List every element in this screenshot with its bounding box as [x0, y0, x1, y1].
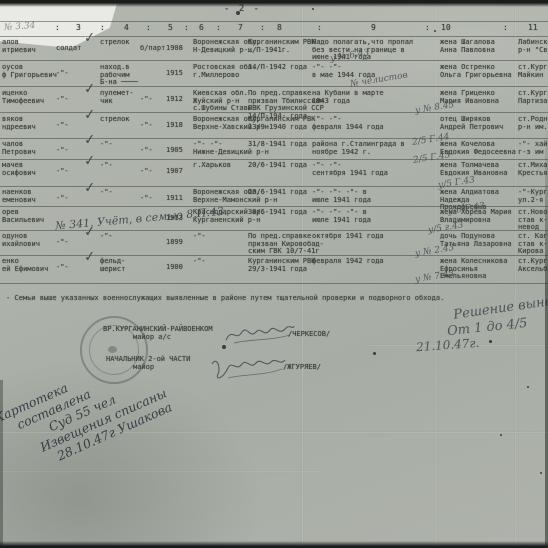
table-cell-birthyear: 1905 [166, 147, 192, 155]
table-cell-name: наенков еменович [2, 189, 58, 204]
table-cell-party: -"- [140, 96, 168, 104]
column-number: 9 [371, 24, 376, 32]
table-cell-birthyear: 1899 [166, 239, 192, 247]
table-rule [0, 283, 548, 284]
table-cell-birthyear: 1915 [166, 70, 192, 78]
handwritten-checkmark: ✓ [84, 184, 96, 193]
typed-name-zhguryaev: /ЖГУРЯЕВ/ [283, 364, 321, 372]
table-cell-fate: -"- -"- февраля 1944 года [312, 116, 440, 131]
table-row: наенков еменович-"-✓-"--"-1911Воронежска… [0, 189, 548, 190]
table-cell-rank: -"- [56, 122, 86, 130]
table-cell-specialty: стрелок [100, 116, 144, 124]
table-cell-name: иценко Тимофеевич [2, 90, 58, 105]
column-number: 7 [238, 24, 243, 32]
table-cell-relative: жена Кочелова Евдокия Федосеевна [440, 141, 520, 156]
table-cell-rank: -"- [56, 147, 86, 155]
handwritten-line: 21.10.47г. [416, 336, 480, 354]
scan-edge-left [0, 380, 3, 548]
table-cell-party: -"- [140, 168, 168, 176]
table-row: алов итриевичсолдат✓стрелокб/парт1908Вор… [0, 39, 548, 40]
table-row: мачев осифович-"-✓-"--"-1907г.Харьков20/… [0, 162, 548, 163]
table-cell-relative: жена Шагалова Анна Павловна [440, 39, 520, 54]
table-cell-birthyear: 1908 [166, 45, 192, 53]
handwritten-checkmark: ✓ [84, 111, 96, 120]
column-number: 4 [124, 24, 129, 32]
table-cell-fate: -"- -"- -"- в июле 1941 года [312, 189, 440, 204]
handwritten-annotation: № 341. Учёт, в семью 8.П.43. [55, 205, 228, 233]
column-number: 5 [168, 24, 173, 32]
table-cell-specialty: -"- [100, 189, 144, 197]
table-cell-relative-address: -"- хай г-з им Ч [518, 141, 548, 156]
dust-speck [373, 352, 376, 355]
dust-speck [540, 472, 542, 474]
scan-edge-top [0, 0, 548, 7]
table-cell-specialty: пулемет- чик [100, 90, 144, 105]
table-cell-name: вяков ндреевич [2, 116, 58, 131]
table-cell-name: мачев осифович [2, 162, 58, 177]
handwritten-checkmark: ✓ [84, 34, 96, 43]
table-cell-party: -"- [140, 147, 168, 155]
table-row: орев Васильевич1913Краснодарский кр. Кур… [0, 209, 548, 210]
table-cell-relative-address: ст.Родни р-н им. Ж [518, 116, 548, 131]
table-cell-relative-address: ст. Кага став к-з Кирова [518, 233, 548, 256]
column-number: 10 [441, 24, 451, 32]
page-number: - 2 - [224, 6, 261, 14]
column-separator: : [55, 24, 60, 32]
table-cell-specialty: фельд- шерист [100, 258, 144, 273]
scanned-document: - 2 - № 3.34 34567891011::::::::: алов и… [0, 0, 548, 548]
table-row: оусов ф Григорьевич-"-наход.в рабочим Б-… [0, 64, 548, 65]
table-rule [0, 159, 548, 160]
table-cell-name: оусов ф Григорьевич [2, 64, 58, 79]
table-cell-relative-address: ст.Кург Аксельбан [518, 258, 548, 273]
table-row: одунов ихайлович-"-✓-"-1899-"-По пред.сп… [0, 233, 548, 234]
table-rule [0, 36, 548, 37]
column-number: 11 [528, 24, 538, 32]
dust-speck [500, 434, 502, 436]
table-cell-rank: -"- [56, 96, 86, 104]
table-cell-fate: -"- -"- сентября 1941 года [312, 162, 440, 177]
table-cell-relative: отец Ширяков Андрей Петрович [440, 116, 520, 131]
dust-speck [527, 386, 529, 388]
table-cell-relative: жена Остренко Ольга Григорьевна [440, 64, 520, 79]
column-separator: : [260, 24, 265, 32]
dust-speck [434, 30, 436, 32]
table-cell-rank: -"- [56, 264, 86, 272]
signature-cherkesov [224, 322, 296, 346]
table-cell-specialty: стрелок [100, 39, 144, 47]
table-cell-fate: октября 1941 года [312, 233, 440, 241]
table-cell-fate: февраля 1942 года [312, 258, 440, 266]
column-separator: : [216, 24, 221, 32]
table-cell-rank: -"- [56, 168, 86, 176]
table-cell-relative-address: Лабинский р-н "Своб [518, 39, 548, 54]
dust-speck [312, 8, 314, 10]
signature-stroke [224, 322, 296, 346]
table-cell-rank: -"- [56, 195, 86, 203]
table-row: иценко Тимофеевич-"-✓пулемет- чик-"-1912… [0, 90, 548, 91]
table-cell-name: енко ей Ефимович [2, 258, 58, 273]
column-number: 8 [277, 24, 282, 32]
dust-speck [489, 340, 492, 343]
column-separator: : [317, 24, 322, 32]
summary-line: - Семьи выше указанных военнослужащих вы… [6, 295, 526, 303]
table-cell-birthyear: 1900 [166, 264, 192, 272]
fold-crease-horizontal [0, 470, 320, 473]
handwritten-checkmark: ✓ [84, 136, 96, 145]
column-separator: : [146, 24, 151, 32]
scan-edge-bottom [0, 541, 548, 548]
table-cell-birthyear: 1912 [166, 96, 192, 104]
table-cell-relative-address: -"-Курга ул.2-я [518, 189, 548, 204]
table-cell-birthyear: 1907 [166, 168, 192, 176]
column-number: 6 [199, 24, 204, 32]
table-cell-party: -"- [140, 195, 168, 203]
table-cell-rank: -"- [56, 70, 86, 78]
table-cell-relative: жена Толмачева Евдокия Ивановна [440, 162, 520, 177]
table-cell-rank: -"- [56, 239, 86, 247]
table-cell-relative-address: ст.Курган Партизанско [518, 90, 548, 105]
column-separator: : [425, 24, 430, 32]
handwritten-checkmark: ✓ [84, 157, 96, 166]
table-cell-specialty: наход.в рабочим Б-на ──── [100, 64, 144, 87]
column-separator: : [503, 24, 508, 32]
table-rule [0, 138, 548, 139]
handwritten-checkmark: ✓ [84, 85, 96, 94]
table-cell-fate: на Кубани в марте 1943 года [312, 90, 440, 105]
column-separator: : [184, 24, 189, 32]
table-cell-birthyear: 1911 [166, 195, 192, 203]
table-cell-name: чалов Петрович [2, 141, 58, 156]
table-cell-name: одунов ихайлович [2, 233, 58, 248]
table-cell-party: б/парт [140, 45, 168, 53]
table-cell-name: алов итриевич [2, 39, 58, 54]
table-row: чалов Петрович-"-✓-"--"-1905-"- -"- Нижн… [0, 141, 548, 142]
dust-speck [236, 11, 240, 15]
fold-crease-vertical [301, 0, 304, 548]
handwritten-checkmark: ✓ [84, 253, 96, 262]
table-cell-fate: -"- -"- -"- в июле 1941 года [312, 209, 440, 224]
table-cell-party: -"- [140, 122, 168, 130]
table-cell-relative-address: ст.Михаил Крестьян [518, 162, 548, 177]
table-cell-relative-address: ст.Курган Майкин [518, 64, 548, 79]
table-cell-specialty: -"- [100, 162, 144, 170]
table-row: вяков ндреевич-"-✓стрелок-"-1918Воронежс… [0, 116, 548, 117]
table-cell-rank: солдат [56, 45, 86, 53]
table-rule [0, 86, 548, 87]
table-cell-birthyear: 1918 [166, 122, 192, 130]
table-cell-specialty: -"- [100, 233, 144, 241]
column-separator: : [100, 24, 105, 32]
column-number: 3 [76, 24, 81, 32]
table-rule [0, 21, 548, 22]
dust-speck [222, 345, 226, 349]
table-rule [0, 60, 548, 61]
table-cell-name: орев Васильевич [2, 209, 58, 224]
handwritten-checkmark: ✓ [84, 228, 96, 237]
table-cell-specialty: -"- [100, 141, 144, 149]
table-row: енко ей Ефимович-"-✓фельд- шерист1900-"-… [0, 258, 548, 259]
table-cell-relative-address: ст.Ново став к-з невод [518, 209, 548, 232]
